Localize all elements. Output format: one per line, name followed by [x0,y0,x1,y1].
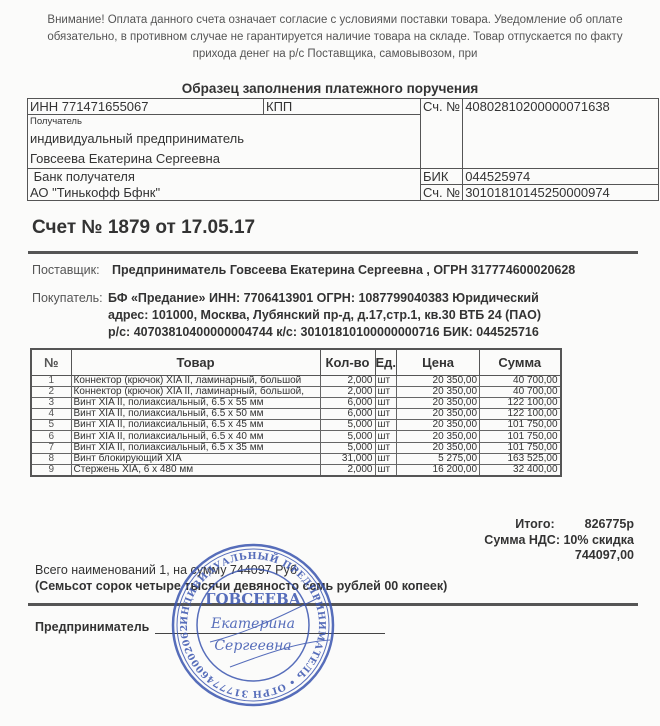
row-price: 20 350,00 [397,431,480,442]
row-product: Винт XIA II, полиаксиальный, 6.5 х 40 мм [71,431,320,442]
supplier-block: Поставщик: Предприниматель Говсеева Екат… [32,262,575,279]
vat-label: Сумма НДС: 10% скидка [484,533,634,549]
invoice-title: Счет № 1879 от 17.05.17 [32,217,255,239]
row-unit: шт [375,409,397,420]
amount-in-words: (Семьсот сорок четыре тысячи девяносто с… [35,578,447,594]
items-header-row: № Товар Кол-во Ед. Цена Сумма [31,349,561,375]
items-count-line: Всего наименований 1, на сумму 744097 Ру… [35,562,447,578]
header-number: № [31,349,71,375]
header-sum: Сумма [480,349,561,375]
row-number: 3 [31,397,71,408]
row-quantity: 2,000 [320,386,375,397]
row-quantity: 31,000 [320,453,375,464]
row-quantity: 5,000 [320,431,375,442]
summary-block: Всего наименований 1, на сумму 744097 Ру… [35,562,447,594]
buyer-label: Покупатель: [32,290,108,341]
row-price: 20 350,00 [397,420,480,431]
bank-label: Банк получателя [28,169,421,185]
total-label: Итого: [515,517,554,531]
row-unit: шт [375,397,397,408]
row-unit: шт [375,375,397,386]
row-unit: шт [375,465,397,477]
corr-account-value: 30101810145250000974 [463,185,659,201]
row-number: 8 [31,453,71,464]
row-price: 20 350,00 [397,409,480,420]
row-quantity: 2,000 [320,465,375,477]
row-number: 6 [31,431,71,442]
table-row: 7 Винт XIA II, полиаксиальный, 6.5 х 35 … [31,442,561,453]
supplier-value: Предприниматель Говсеева Екатерина Серге… [112,262,575,279]
header-product: Товар [71,349,320,375]
buyer-line-2: адрес: 101000, Москва, Лубянский пр-д, д… [108,307,541,324]
divider [28,603,638,606]
kpp-cell: КПП [264,99,421,115]
buyer-line-1: БФ «Предание» ИНН: 7706413901 ОГРН: 1087… [108,290,541,307]
table-row: 2 Коннектор (крючок) XIA II, ламинарный,… [31,386,561,397]
row-quantity: 2,000 [320,375,375,386]
row-number: 4 [31,409,71,420]
bik-label: БИК [421,169,463,185]
account-number: 40802810200000071638 [463,99,659,169]
table-row: 5 Винт XIA II, полиаксиальный, 6.5 х 45 … [31,420,561,431]
stamp-patronymic: Сергеевна [214,638,291,654]
invoice-page: Внимание! Оплата данного счета означает … [0,0,660,726]
row-sum: 101 750,00 [480,442,561,453]
row-product: Винт XIA II, полиаксиальный, 6.5 х 50 мм [71,409,320,420]
row-sum: 40 700,00 [480,375,561,386]
inn-cell: ИНН 771471655067 [28,99,264,115]
row-unit: шт [375,420,397,431]
header-price: Цена [397,349,480,375]
row-sum: 40 700,00 [480,386,561,397]
divider [28,251,638,254]
bik-value: 044525974 [463,169,659,185]
row-quantity: 6,000 [320,409,375,420]
signature-line [155,620,385,634]
signature-block: Предприниматель [35,620,385,634]
table-row: 6 Винт XIA II, полиаксиальный, 6.5 х 40 … [31,431,561,442]
payment-notice: Внимание! Оплата данного счета означает … [40,12,630,63]
corr-account-label: Сч. № [421,185,463,201]
row-quantity: 6,000 [320,397,375,408]
final-value: 744097,00 [484,548,634,564]
table-row: 3 Винт XIA II, полиаксиальный, 6.5 х 55 … [31,397,561,408]
row-number: 1 [31,375,71,386]
row-number: 7 [31,442,71,453]
row-product: Винт XIA II, полиаксиальный, 6.5 х 35 мм [71,442,320,453]
table-row: 1 Коннектор (крючок) XIA II, ламинарный,… [31,375,561,386]
bank-requisites-table: ИНН 771471655067 КПП Сч. № 4080281020000… [27,98,659,201]
row-sum: 32 400,00 [480,465,561,477]
signature-label: Предприниматель [35,620,149,634]
row-price: 20 350,00 [397,397,480,408]
table-row: 4 Винт XIA II, полиаксиальный, 6.5 х 50 … [31,409,561,420]
supplier-label: Поставщик: [32,262,112,279]
row-product: Коннектор (крючок) XIA II, ламинарный, б… [71,386,320,397]
row-price: 16 200,00 [397,465,480,477]
buyer-block: Покупатель: БФ «Предание» ИНН: 770641390… [32,290,541,341]
row-sum: 101 750,00 [480,420,561,431]
header-quantity: Кол-во [320,349,375,375]
total-value: 826775р [585,517,634,531]
row-unit: шт [375,431,397,442]
header-unit: Ед. [375,349,397,375]
recipient-label: Получатель [28,115,421,130]
row-product: Винт блокирующий XIA [71,453,320,464]
row-product: Винт XIA II, полиаксиальный, 6.5 х 55 мм [71,397,320,408]
items-table: № Товар Кол-во Ед. Цена Сумма 1 Коннекто… [30,348,562,477]
row-sum: 122 100,00 [480,397,561,408]
row-unit: шт [375,453,397,464]
account-label: Сч. № [421,99,463,115]
buyer-line-3: р/с: 40703810400000004744 к/с: 301018101… [108,324,541,341]
row-price: 20 350,00 [397,386,480,397]
row-product: Винт XIA II, полиаксиальный, 6.5 х 45 мм [71,420,320,431]
recipient-line-1: индивидуальный предприниматель [28,129,421,149]
row-sum: 101 750,00 [480,431,561,442]
table-row: 8 Винт блокирующий XIA 31,000 шт 5 275,0… [31,453,561,464]
row-number: 5 [31,420,71,431]
row-price: 20 350,00 [397,442,480,453]
table-row: 9 Стержень XIA, 6 х 480 мм 2,000 шт 16 2… [31,465,561,477]
row-sum: 163 525,00 [480,453,561,464]
row-price: 20 350,00 [397,375,480,386]
row-unit: шт [375,386,397,397]
row-sum: 122 100,00 [480,409,561,420]
totals-block: Итого:826775р Сумма НДС: 10% скидка 7440… [484,517,634,564]
payment-sample-title: Образец заполнения платежного поручения [0,81,660,96]
row-number: 2 [31,386,71,397]
row-unit: шт [375,442,397,453]
row-quantity: 5,000 [320,420,375,431]
recipient-line-2: Говсеева Екатерина Сергеевна [28,149,421,169]
row-quantity: 5,000 [320,442,375,453]
row-product: Стержень XIA, 6 х 480 мм [71,465,320,477]
row-product: Коннектор (крючок) XIA II, ламинарный, б… [71,375,320,386]
bank-name: АО "Тинькофф Бфнк" [28,185,421,201]
row-price: 5 275,00 [397,453,480,464]
row-number: 9 [31,465,71,477]
